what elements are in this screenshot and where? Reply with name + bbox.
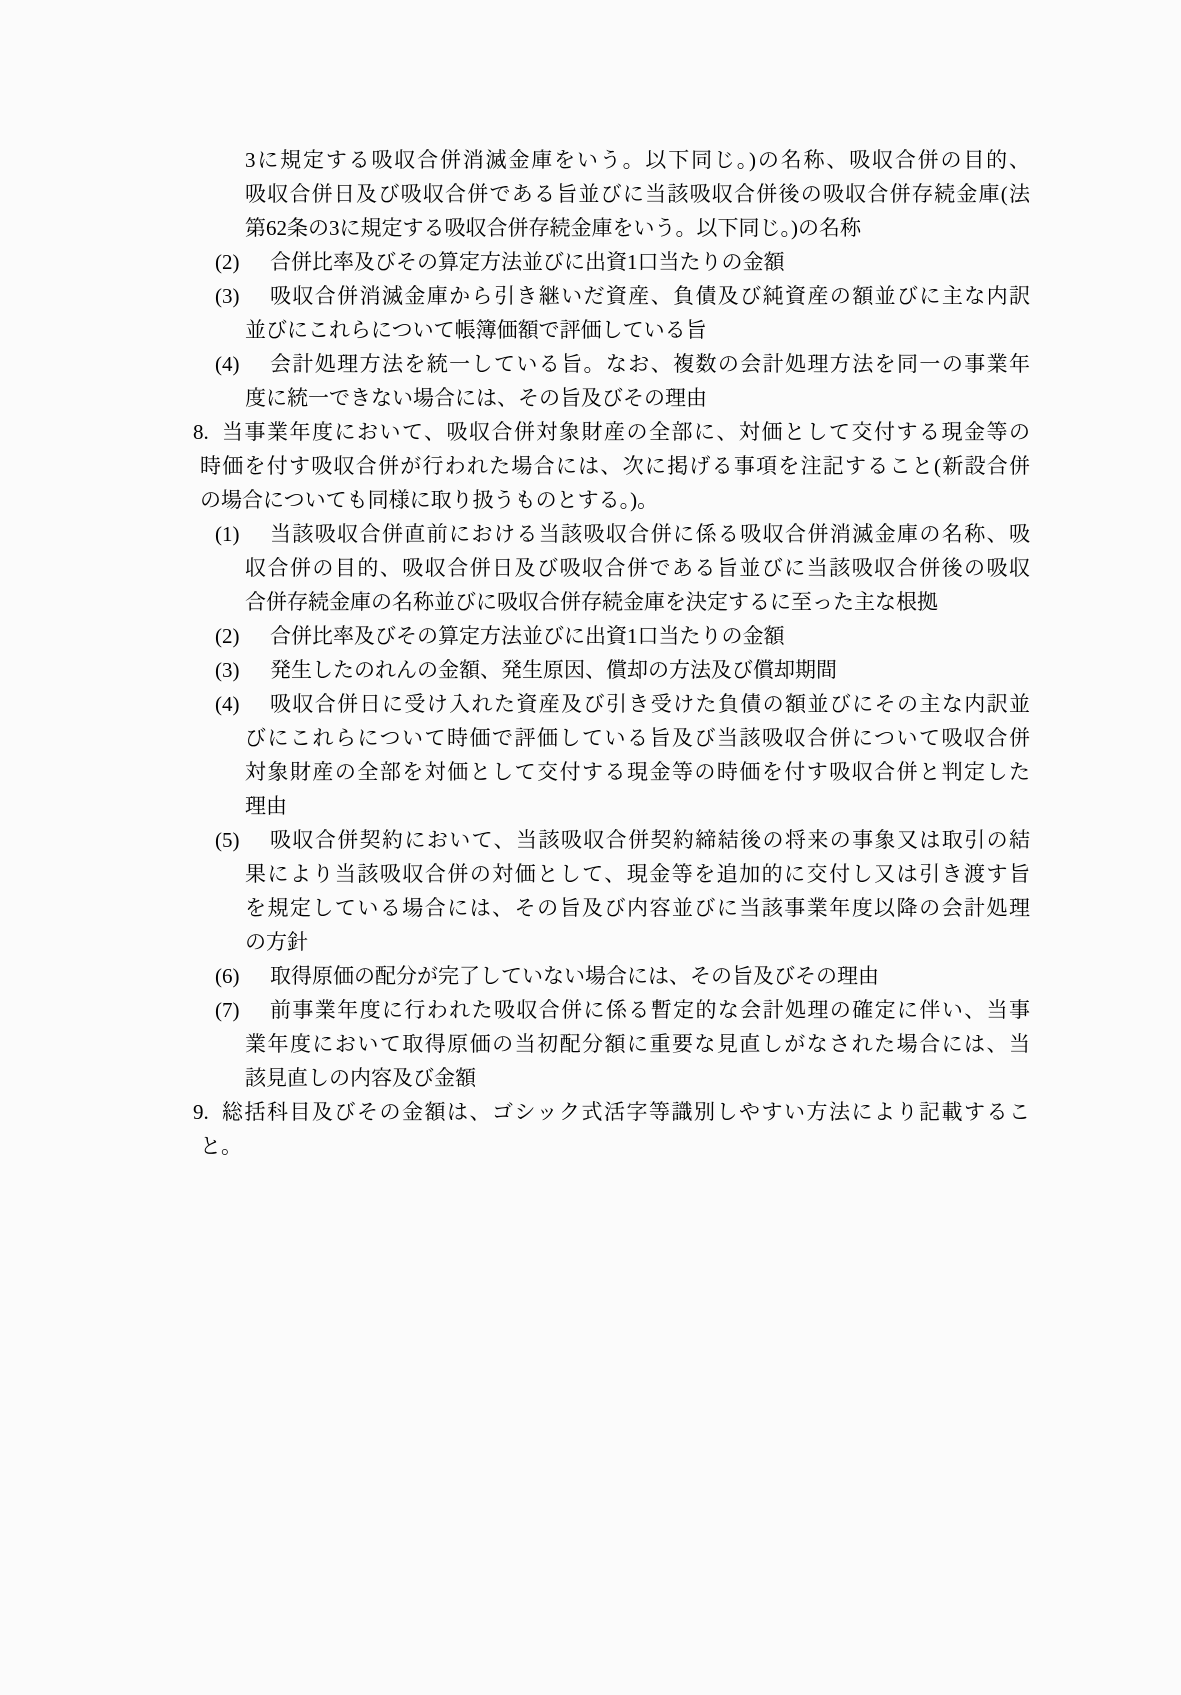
doc-line: 対象財産の全部を対価として交付する現金等の時価を付す吸収合併と判定した: [245, 755, 1030, 789]
doc-line: の場合についても同様に取り扱うものとする。)。: [200, 483, 1030, 517]
doc-line: びにこれらについて時価で評価している旨及び当該吸収合併について吸収合併: [245, 721, 1030, 755]
doc-line-text: 度に統一できない場合には、その旨及びその理由: [245, 381, 1030, 415]
doc-line-text: と。: [200, 1129, 1030, 1163]
doc-line-text: 総括科目及びその金額は、ゴシック式活字等識別しやすい方法により記載するこ: [222, 1095, 1030, 1129]
doc-line: 収合併の目的、吸収合併日及び吸収合併である旨並びに当該吸収合併後の吸収: [245, 551, 1030, 585]
doc-line: 吸収合併日及び吸収合併である旨並びに当該吸収合併後の吸収合併存続金庫(法: [245, 177, 1030, 211]
doc-line: 合併存続金庫の名称並びに吸収合併存続金庫を決定するに至った主な根拠: [245, 585, 1030, 619]
doc-line-text: 果により当該吸収合併の対価として、現金等を追加的に交付し又は引き渡す旨: [245, 857, 1030, 891]
doc-line-text: 第62条の3に規定する吸収合併存続金庫をいう。以下同じ。)の名称: [245, 211, 1030, 245]
doc-line-text: 対象財産の全部を対価として交付する現金等の時価を付す吸収合併と判定した: [245, 755, 1030, 789]
doc-line sub-item: (2)合併比率及びその算定方法並びに出資1口当たりの金額: [215, 245, 1030, 279]
doc-line: の方針: [245, 925, 1030, 959]
doc-line-text: を規定している場合には、その旨及び内容並びに当該事業年度以降の会計処理: [245, 891, 1030, 925]
doc-line-text: 合併比率及びその算定方法並びに出資1口当たりの金額: [270, 245, 1030, 279]
document-body: 3に規定する吸収合併消滅金庫をいう。以下同じ。)の名称、吸収合併の目的、 吸収合…: [0, 143, 1181, 1163]
doc-line: 業年度において取得原価の当初配分額に重要な見直しがなされた場合には、当: [245, 1027, 1030, 1061]
doc-line sub-item: (3)吸収合併消滅金庫から引き継いだ資産、負債及び純資産の額並びに主な内訳: [215, 279, 1030, 313]
doc-line-text: 吸収合併日に受け入れた資産及び引き受けた負債の額並びにその主な内訳並: [270, 687, 1030, 721]
list-marker: (6): [215, 959, 270, 993]
doc-line numbered-item: 9.総括科目及びその金額は、ゴシック式活字等識別しやすい方法により記載するこ: [193, 1095, 1030, 1129]
doc-line: 果により当該吸収合併の対価として、現金等を追加的に交付し又は引き渡す旨: [245, 857, 1030, 891]
list-marker: (4): [215, 347, 270, 381]
doc-line-text: 時価を付す吸収合併が行われた場合には、次に掲げる事項を注記すること(新設合併: [200, 449, 1030, 483]
doc-line: 並びにこれらについて帳簿価額で評価している旨: [245, 313, 1030, 347]
doc-line-text: 吸収合併日及び吸収合併である旨並びに当該吸収合併後の吸収合併存続金庫(法: [245, 177, 1030, 211]
doc-line-text: 該見直しの内容及び金額: [245, 1061, 1030, 1095]
doc-line: 理由: [245, 789, 1030, 823]
list-marker: (3): [215, 653, 270, 687]
doc-line sub-item: (2)合併比率及びその算定方法並びに出資1口当たりの金額: [215, 619, 1030, 653]
doc-line-text: 当事業年度において、吸収合併対象財産の全部に、対価として交付する現金等の: [222, 415, 1030, 449]
list-marker: (2): [215, 619, 270, 653]
doc-line-text: 業年度において取得原価の当初配分額に重要な見直しがなされた場合には、当: [245, 1027, 1030, 1061]
list-marker: (5): [215, 823, 270, 857]
doc-line sub-item: (6)取得原価の配分が完了していない場合には、その旨及びその理由: [215, 959, 1030, 993]
doc-line-text: 当該吸収合併直前における当該吸収合併に係る吸収合併消滅金庫の名称、吸: [270, 517, 1030, 551]
doc-line-text: の場合についても同様に取り扱うものとする。)。: [200, 483, 1030, 517]
list-marker: 8.: [193, 415, 222, 449]
doc-line: と。: [200, 1129, 1030, 1163]
doc-line-text: 前事業年度に行われた吸収合併に係る暫定的な会計処理の確定に伴い、当事: [270, 993, 1030, 1027]
doc-line-text: の方針: [245, 925, 1030, 959]
document-page: 3に規定する吸収合併消滅金庫をいう。以下同じ。)の名称、吸収合併の目的、 吸収合…: [0, 0, 1181, 1695]
doc-line-text: 並びにこれらについて帳簿価額で評価している旨: [245, 313, 1030, 347]
doc-line sub-item: (5)吸収合併契約において、当該吸収合併契約締結後の将来の事象又は取引の結: [215, 823, 1030, 857]
doc-line-text: 収合併の目的、吸収合併日及び吸収合併である旨並びに当該吸収合併後の吸収: [245, 551, 1030, 585]
doc-line-text: 発生したのれんの金額、発生原因、償却の方法及び償却期間: [270, 653, 1030, 687]
doc-line sub-item: (3)発生したのれんの金額、発生原因、償却の方法及び償却期間: [215, 653, 1030, 687]
doc-line: を規定している場合には、その旨及び内容並びに当該事業年度以降の会計処理: [245, 891, 1030, 925]
doc-line sub-item: (7)前事業年度に行われた吸収合併に係る暫定的な会計処理の確定に伴い、当事: [215, 993, 1030, 1027]
doc-line-text: 理由: [245, 789, 1030, 823]
doc-line-text: 吸収合併消滅金庫から引き継いだ資産、負債及び純資産の額並びに主な内訳: [270, 279, 1030, 313]
doc-line-text: びにこれらについて時価で評価している旨及び当該吸収合併について吸収合併: [245, 721, 1030, 755]
list-marker: (3): [215, 279, 270, 313]
doc-line: 第62条の3に規定する吸収合併存続金庫をいう。以下同じ。)の名称: [245, 211, 1030, 245]
doc-line-text: 取得原価の配分が完了していない場合には、その旨及びその理由: [270, 959, 1030, 993]
doc-line sub-item: (4)吸収合併日に受け入れた資産及び引き受けた負債の額並びにその主な内訳並: [215, 687, 1030, 721]
doc-line numbered-item: 8.当事業年度において、吸収合併対象財産の全部に、対価として交付する現金等の: [193, 415, 1030, 449]
doc-line: 3に規定する吸収合併消滅金庫をいう。以下同じ。)の名称、吸収合併の目的、: [245, 143, 1030, 177]
list-marker: 9.: [193, 1095, 222, 1129]
doc-line: 度に統一できない場合には、その旨及びその理由: [245, 381, 1030, 415]
doc-line-text: 吸収合併契約において、当該吸収合併契約締結後の将来の事象又は取引の結: [270, 823, 1030, 857]
list-marker: (2): [215, 245, 270, 279]
doc-line-text: 会計処理方法を統一している旨。なお、複数の会計処理方法を同一の事業年: [270, 347, 1030, 381]
list-marker: (1): [215, 517, 270, 551]
doc-line: 該見直しの内容及び金額: [245, 1061, 1030, 1095]
doc-line: 時価を付す吸収合併が行われた場合には、次に掲げる事項を注記すること(新設合併: [200, 449, 1030, 483]
doc-line-text: 合併存続金庫の名称並びに吸収合併存続金庫を決定するに至った主な根拠: [245, 585, 1030, 619]
doc-line sub-item: (1)当該吸収合併直前における当該吸収合併に係る吸収合併消滅金庫の名称、吸: [215, 517, 1030, 551]
list-marker: (7): [215, 993, 270, 1027]
doc-line-text: 3に規定する吸収合併消滅金庫をいう。以下同じ。)の名称、吸収合併の目的、: [245, 143, 1030, 177]
list-marker: (4): [215, 687, 270, 721]
doc-line-text: 合併比率及びその算定方法並びに出資1口当たりの金額: [270, 619, 1030, 653]
doc-line sub-item: (4)会計処理方法を統一している旨。なお、複数の会計処理方法を同一の事業年: [215, 347, 1030, 381]
